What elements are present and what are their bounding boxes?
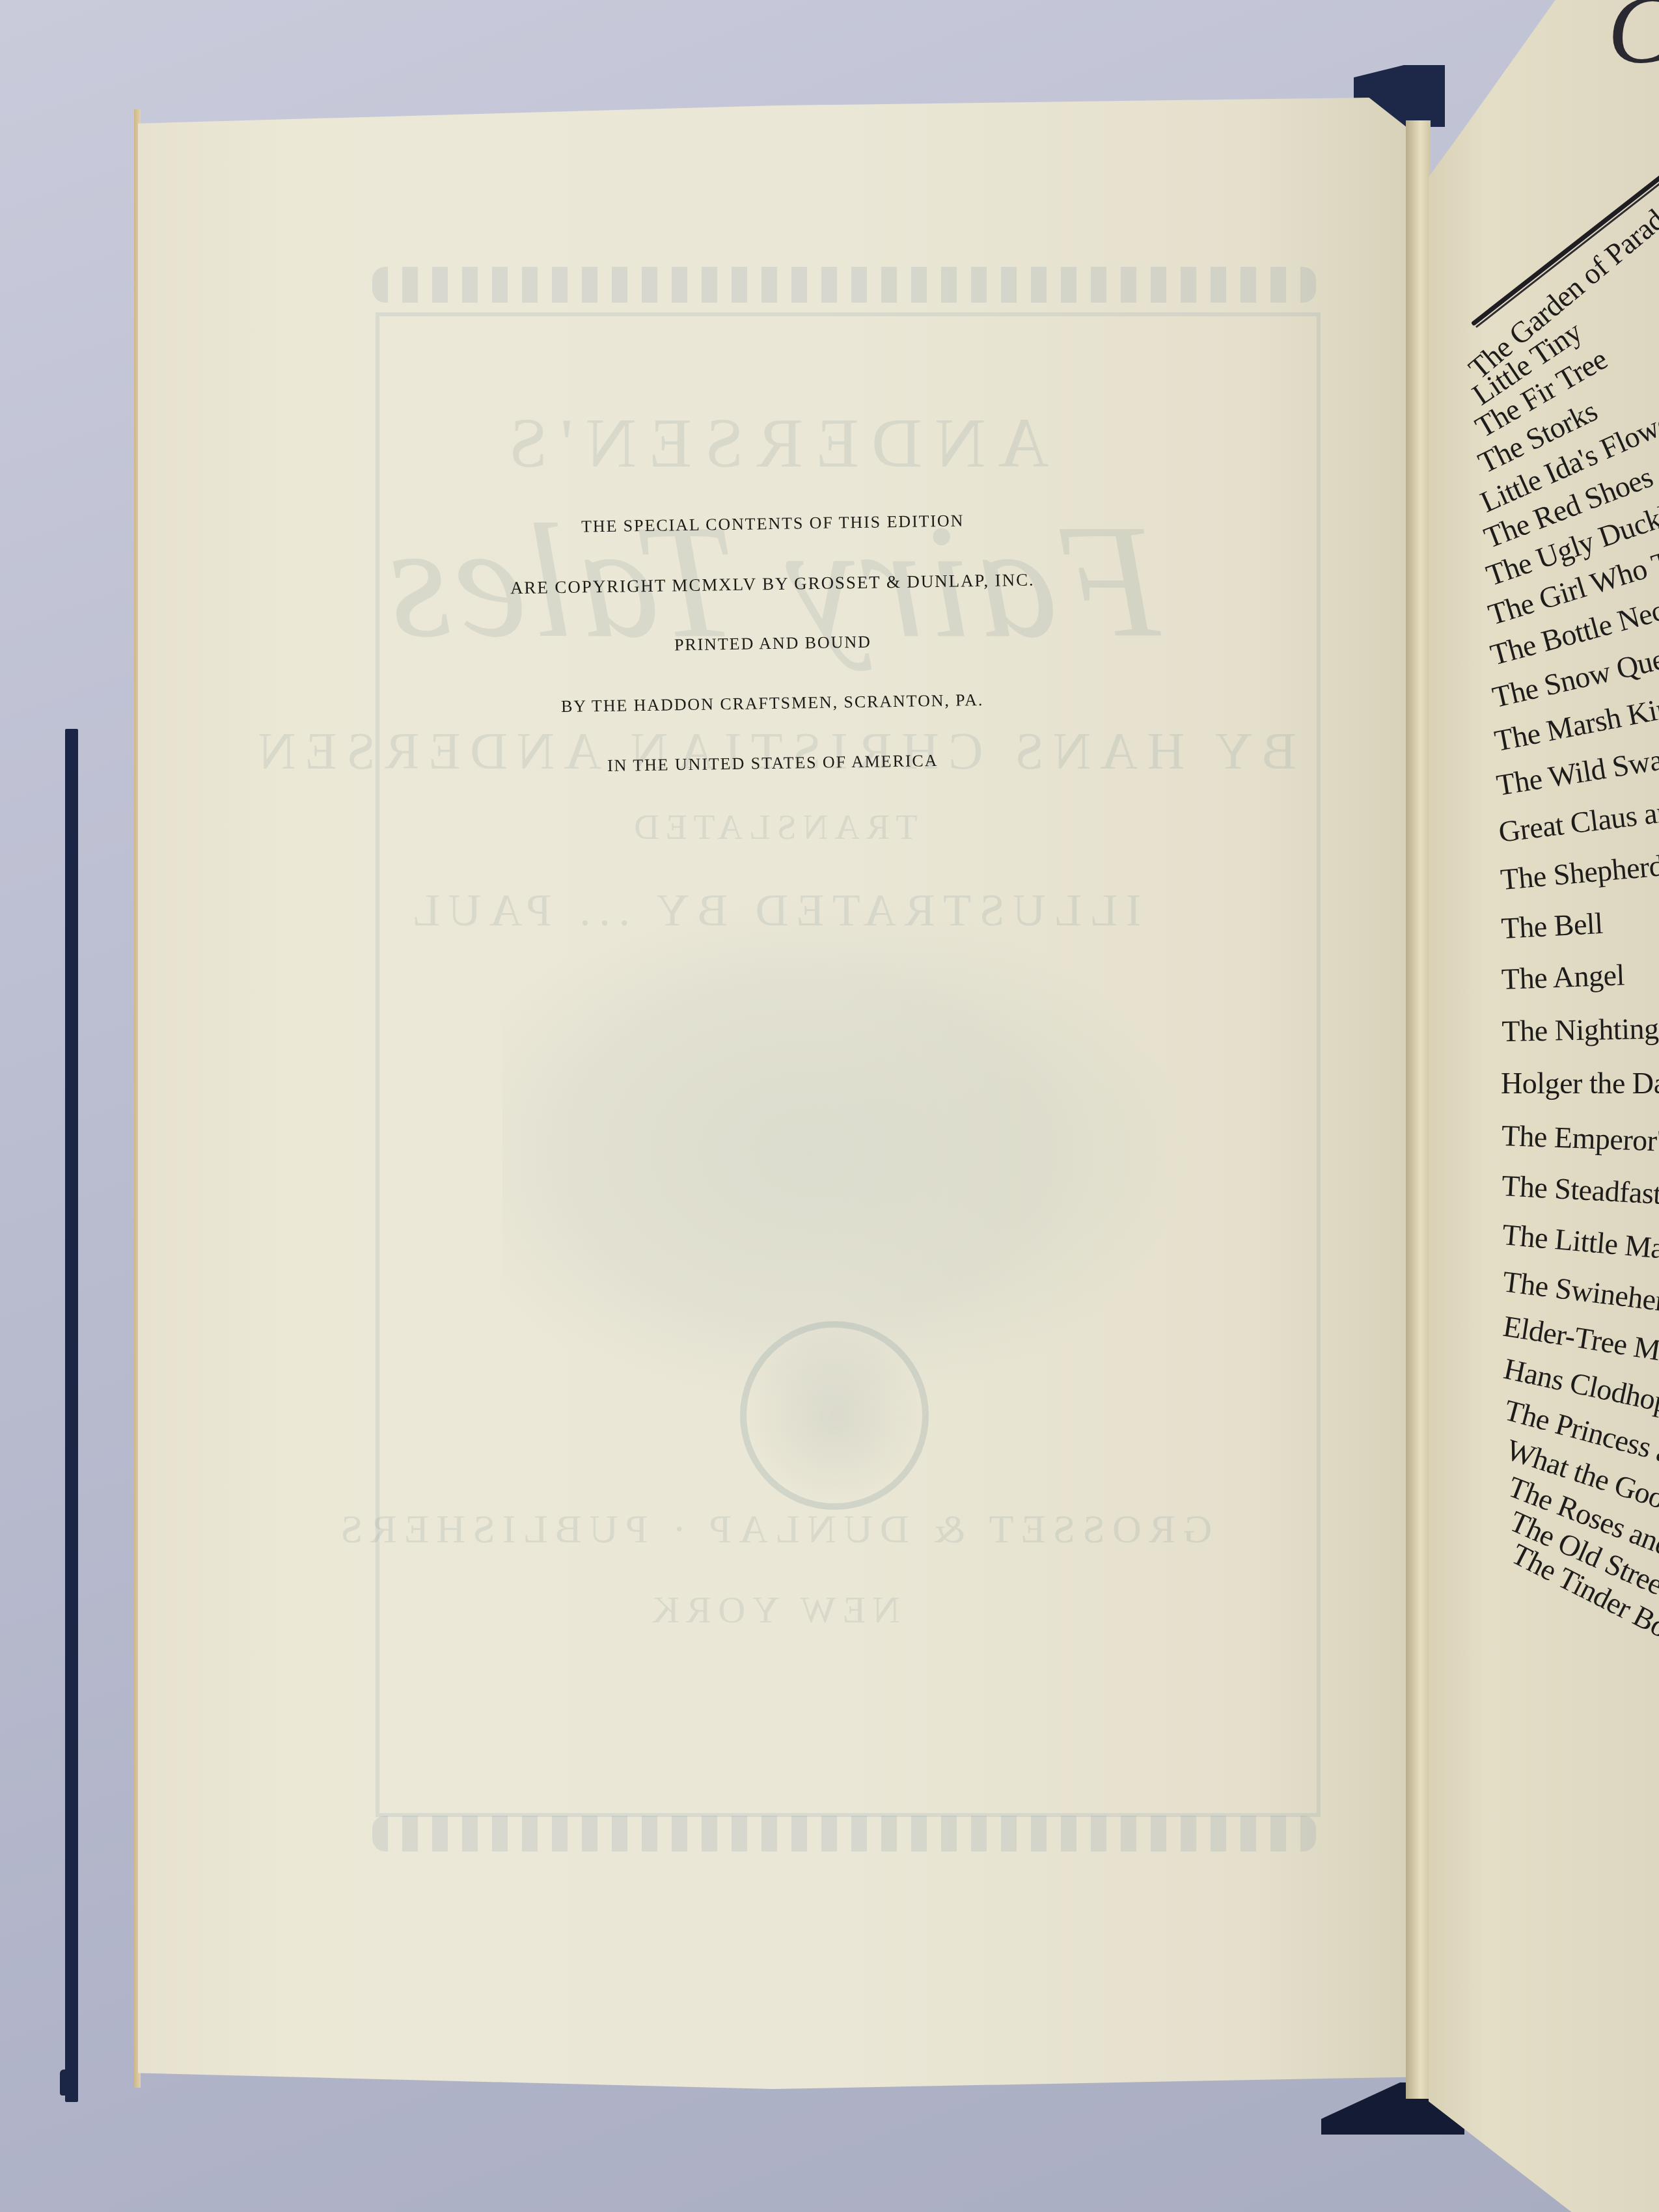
- left-page-copyright: ANDERSEN'S Fairy Tales BY HANS CHRISTIAN…: [138, 98, 1407, 2089]
- ornamental-frame: [376, 312, 1321, 1817]
- copyright-line: BY THE HADDON CRAFTSMEN, SCRANTON, PA.: [138, 694, 1407, 713]
- show-through-city: NEW YORK: [138, 1588, 1407, 1632]
- show-through-title-small: ANDERSEN'S: [138, 403, 1407, 484]
- copyright-line: IN THE UNITED STATES OF AMERICA: [138, 754, 1407, 773]
- toc-item: The Nightingale: [1501, 1011, 1659, 1048]
- toc-item: The Emperor's N: [1501, 1118, 1659, 1160]
- book-gutter: [1406, 120, 1431, 2099]
- book-cover-frayed-corner: [60, 2069, 78, 2096]
- toc-item: Holger the Dane: [1501, 1066, 1659, 1100]
- ornamental-border-top: [372, 267, 1316, 303]
- show-through-translator: TRANSLATED: [138, 807, 1407, 847]
- show-through-illustrator: ILLUSTRATED BY ... PAUL: [138, 885, 1407, 937]
- copyright-line: PRINTED AND BOUND: [138, 634, 1407, 653]
- copyright-line: ARE COPYRIGHT MCMXLV BY GROSSET & DUNLAP…: [138, 574, 1407, 594]
- copyright-line: THE SPECIAL CONTENTS OF THIS EDITION: [138, 514, 1407, 534]
- publisher-emblem-icon: [740, 1321, 929, 1510]
- book-cover-edge-left: [65, 729, 78, 2102]
- show-through-publisher: GROSSET & DUNLAP · PUBLISHERS: [138, 1507, 1407, 1553]
- illustration-show-through: [502, 892, 1186, 1412]
- toc-item: The Angel: [1501, 957, 1625, 996]
- contents-heading-fragment: C: [1608, 0, 1659, 86]
- toc-item: The Bell: [1500, 906, 1604, 946]
- title-page-show-through: ANDERSEN'S Fairy Tales BY HANS CHRISTIAN…: [138, 98, 1407, 2089]
- ornamental-border-bottom: [372, 1816, 1316, 1851]
